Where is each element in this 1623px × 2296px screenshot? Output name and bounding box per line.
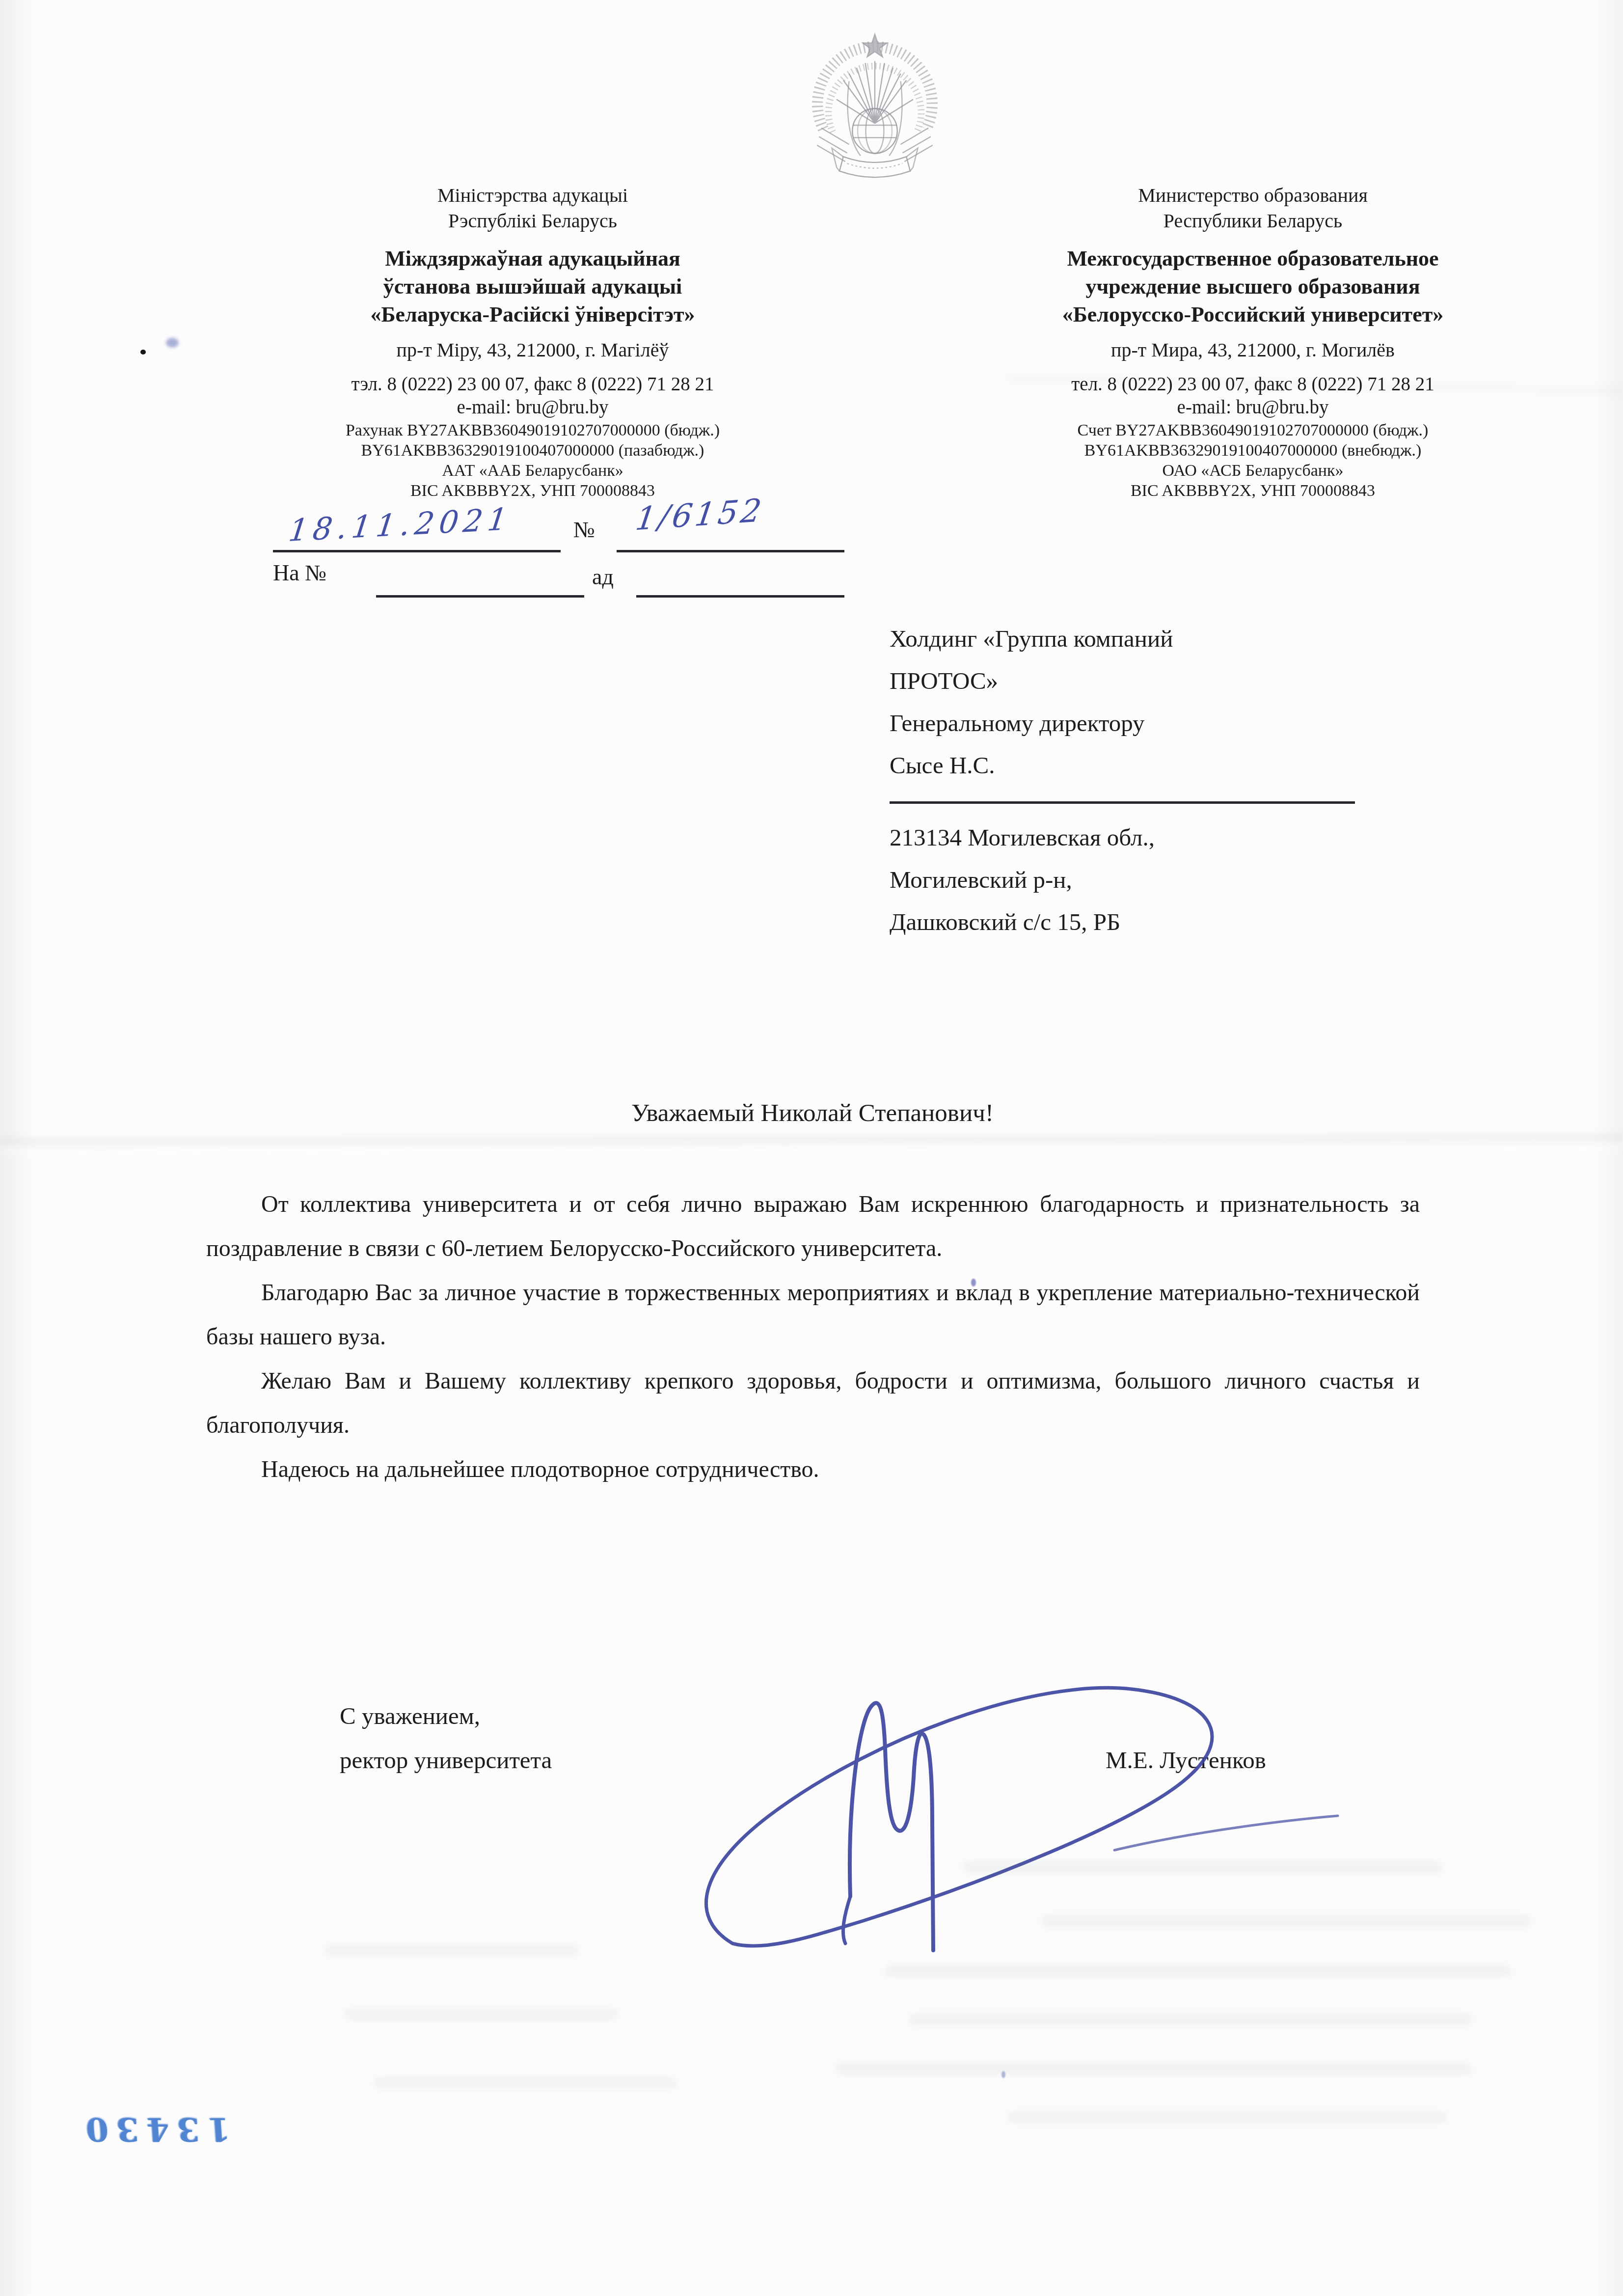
recipient-address-line2: Могилевский р-н, — [890, 859, 1410, 901]
recipient-address-line1: 213134 Могилевская обл., — [890, 817, 1410, 859]
reply-date-underline — [636, 595, 844, 598]
body-paragraph: От коллектива университета и от себя лич… — [206, 1182, 1420, 1271]
phone-fax-by: тэл. 8 (0222) 23 00 07, факс 8 (0222) 71… — [196, 373, 869, 395]
letterhead-right-column: Министерство образования Республики Бела… — [919, 183, 1587, 501]
closing-regards: С уважением, — [340, 1702, 480, 1730]
reply-number-underline — [376, 595, 584, 598]
bank-account-1-ru: Счет BY27AKBB36049019102707000000 (бюдж.… — [919, 420, 1587, 440]
ink-speck — [166, 338, 179, 348]
body-paragraph: Желаю Вам и Вашему коллективу крепкого з… — [206, 1359, 1420, 1448]
bleed-through-artifact — [1006, 2111, 1448, 2123]
bank-name-ru: ОАО «АСБ Беларусбанк» — [919, 461, 1587, 481]
bank-bic-unp-ru: BIC AKBBBY2X, УНП 700008843 — [919, 481, 1587, 501]
ink-speck — [140, 350, 146, 355]
ministry-name-by: Рэспублікі Беларусь — [196, 208, 869, 234]
university-name-by: Міждзяржаўная адукацыйная ўстанова вышэй… — [196, 245, 869, 328]
handwritten-date: 18.11.2021 — [287, 501, 514, 548]
registration-stamp-number: 13430 — [81, 2100, 232, 2149]
recipient-position: Генеральному директору — [890, 702, 1410, 744]
reply-from-label: ад — [592, 564, 614, 590]
ministry-name-ru: Республики Беларусь — [919, 208, 1587, 234]
signer-title: ректор университета — [340, 1746, 552, 1774]
bank-bic-unp-by: BIC AKBBBY2X, УНП 700008843 — [196, 481, 869, 501]
recipient-company-line1: Холдинг «Группа компаний — [890, 618, 1410, 660]
recipient-name: Сысе Н.С. — [890, 744, 1410, 787]
phone-fax-ru: тел. 8 (0222) 23 00 07, факс 8 (0222) 71… — [919, 373, 1587, 395]
email-by: e-mail: bru@bru.by — [196, 396, 869, 418]
bleed-through-artifact — [908, 2013, 1473, 2026]
ministry-name-ru: Министерство образования — [919, 183, 1587, 208]
postal-address-ru: пр-т Мира, 43, 212000, г. Могилёв — [919, 338, 1587, 361]
reply-to-number-label: На № — [273, 560, 326, 586]
recipient-divider-line — [890, 801, 1355, 804]
bleed-through-artifact — [373, 2077, 677, 2089]
body-paragraph: Надеюсь на дальнейшее плодотворное сотру… — [206, 1448, 1420, 1492]
recipient-block: Холдинг «Группа компаний ПРОТОС» Генерал… — [890, 618, 1410, 943]
bleed-through-artifact — [1041, 1915, 1532, 1928]
scan-edge-shading — [0, 0, 34, 2296]
scan-edge-shading — [1594, 0, 1623, 2296]
university-name-ru: Межгосударственное образовательное учреж… — [919, 245, 1587, 328]
bank-account-2-by: BY61AKBB36329019100407000000 (пазабюдж.) — [196, 440, 869, 461]
salutation: Уважаемый Николай Степанович! — [206, 1099, 1419, 1127]
bank-account-2-ru: BY61AKBB36329019100407000000 (внебюдж.) — [919, 440, 1587, 461]
recipient-company-line2: ПРОТОС» — [890, 660, 1410, 702]
email-ru: e-mail: bru@bru.by — [919, 396, 1587, 418]
letter-body: От коллектива университета и от себя лич… — [206, 1182, 1420, 1492]
bank-name-by: ААТ «ААБ Беларусбанк» — [196, 461, 869, 481]
bleed-through-artifact — [962, 1861, 1443, 1874]
scanned-letter-page: Міністэрства адукацыі Рэспублікі Беларус… — [0, 0, 1623, 2296]
body-paragraph: Благодарю Вас за личное участие в торжес… — [206, 1271, 1420, 1359]
paper-crease — [0, 1131, 1623, 1156]
bank-account-1-by: Рахунак BY27AKBB36049019102707000000 (бю… — [196, 420, 869, 440]
letterhead-left-column: Міністэрства адукацыі Рэспублікі Беларус… — [196, 183, 869, 501]
recipient-address-line3: Дашковский с/с 15, РБ — [890, 901, 1410, 943]
belarus-coat-of-arms-icon — [803, 26, 947, 188]
bleed-through-artifact — [344, 2008, 619, 2020]
bleed-through-artifact — [324, 1944, 579, 1956]
number-sign-label: № — [573, 517, 595, 543]
date-underline — [273, 550, 561, 552]
ink-speck — [971, 1279, 976, 1286]
ministry-name-by: Міністэрства адукацыі — [196, 183, 869, 208]
bleed-through-artifact — [835, 2062, 1473, 2075]
postal-address-by: пр-т Міру, 43, 212000, г. Магілёў — [196, 338, 869, 361]
bleed-through-artifact — [884, 1964, 1512, 1977]
number-underline — [617, 550, 844, 552]
